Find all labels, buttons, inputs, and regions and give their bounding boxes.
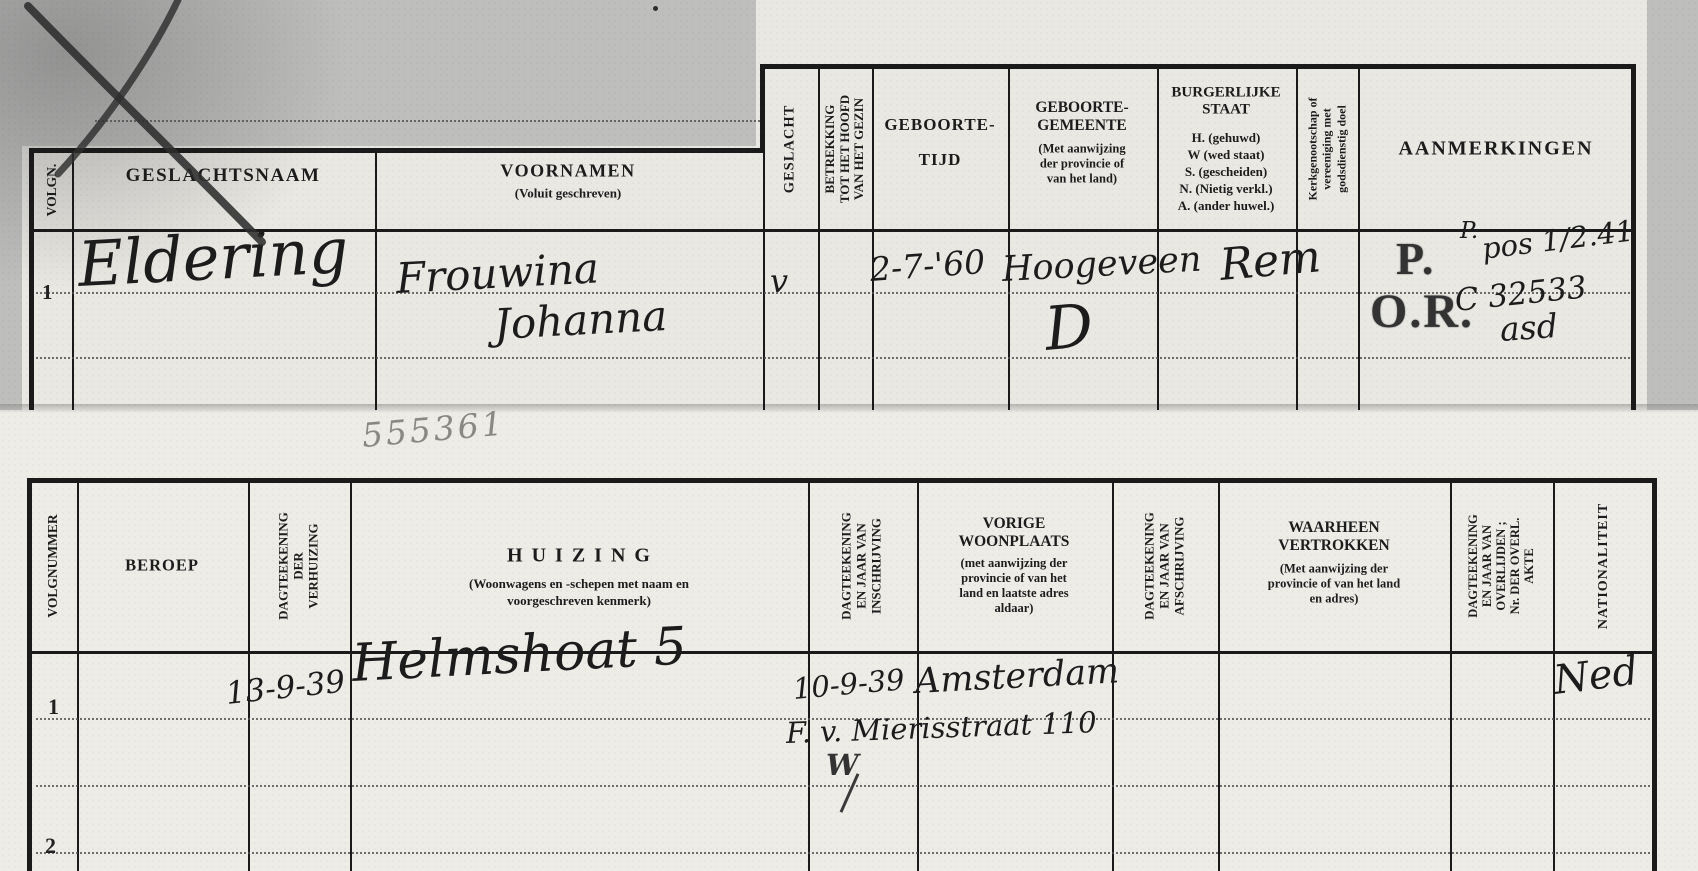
col-header-vorige-woonplaats: VORIGE WOONPLAATS [959,515,1070,551]
col-header-burgerlijke-staat-codes: H. (gehuwd) W (wed staat) S. (gescheiden… [1178,130,1275,214]
col-header-aanmerkingen: AANMERKINGEN [1398,138,1593,161]
upper-table-border-step [760,64,765,151]
handwriting-geslacht: v [770,262,788,300]
lower-row1-number: 1 [48,694,59,720]
col-header-geslacht: GESLACHT [782,74,799,224]
lower-col-line [1450,483,1452,871]
col-header-waarheen: WAARHEEN VERTROKKEN [1278,519,1389,555]
lower-table-header-rule [29,651,1652,654]
col-header-geboortegemeente: GEBOORTE- GEMEENTE [1035,99,1128,135]
col-header-burgerlijke-staat: BURGERLIJKE STAAT [1171,85,1280,118]
lower-col-line [1218,483,1220,871]
handwriting-aanmerkingen-note-1: P. [1460,218,1478,244]
col-header-nationaliteit: NATIONALITEIT [1596,486,1612,646]
col-header-voornamen-sub: (Voluit geschreven) [515,187,622,202]
stamp-p: P. [1396,232,1435,285]
col-header-huizing-sub: (Woonwagens en -schepen met naam en voor… [469,576,689,610]
col-header-beroep: BEROEP [125,557,199,576]
lower-table-border-left [27,478,32,871]
upper-col-line [763,151,765,410]
col-header-inschrijving: DAGTEEKENING EN JAAR VAN INSCHRIJVING [840,486,885,646]
col-header-kerkgenootschap: Kerkgenootschap of vereeniging met godsd… [1305,72,1348,227]
upper-row1-number: 1 [42,280,53,305]
scanned-register-card: VOLGN. GESLACHTSNAAM VOORNAMEN (Voluit g… [0,0,1698,871]
col-header-betrekking: BETREKKING TOT HET HOOFD VAN HET GEZIN [823,74,867,224]
col-header-afschrijving: DAGTEEKENING EN JAAR VAN AFSCHRIJVING [1143,486,1188,646]
col-header-huizing: HUIZING [507,545,659,568]
pencil-cross-mark [0,0,320,270]
handwriting-voornaam-2: Johanna [493,291,669,349]
dotted-writing-line [36,852,1650,854]
col-header-waarheen-sub: (Met aanwijzing der provincie of van het… [1268,562,1400,607]
handwriting-kerkgenootschap: Rem [1218,231,1323,291]
dotted-writing-line [36,357,1630,359]
col-header-vorige-woonplaats-sub: (met aanwijzing der provincie of van het… [959,556,1068,616]
col-header-voornamen: VOORNAMEN [500,161,635,182]
upper-col-line [375,153,377,410]
col-header-overlijden: DAGTEEKENING EN JAAR VAN OVERLIJDEN ; Nr… [1466,484,1536,649]
upper-table-border-top-right [760,64,1636,69]
col-header-geboortetijd: GEBOORTE- TIJD [884,108,995,178]
ink-speck [653,6,658,11]
handwriting-geboortetijd: 2-7-'60 [869,242,987,289]
col-header-geboortegemeente-sub: (Met aanwijzing der provincie of van het… [1038,142,1125,187]
handwriting-gemeente-mark: D [1042,291,1096,365]
col-header-volgnummer: VOLGNUMMER [45,484,61,649]
card-edge-shadow [0,404,1698,413]
lower-row2-number: 2 [45,833,56,859]
col-header-verhuizing: DAGTEEKENING DER VERHUIZING [277,486,322,646]
lower-table-border-top [27,478,1657,483]
lower-table-border-right [1652,478,1657,871]
handwriting-aanmerkingen-note-4: asd [1499,306,1559,349]
dotted-writing-line [36,785,1650,787]
lower-col-line [77,483,79,871]
